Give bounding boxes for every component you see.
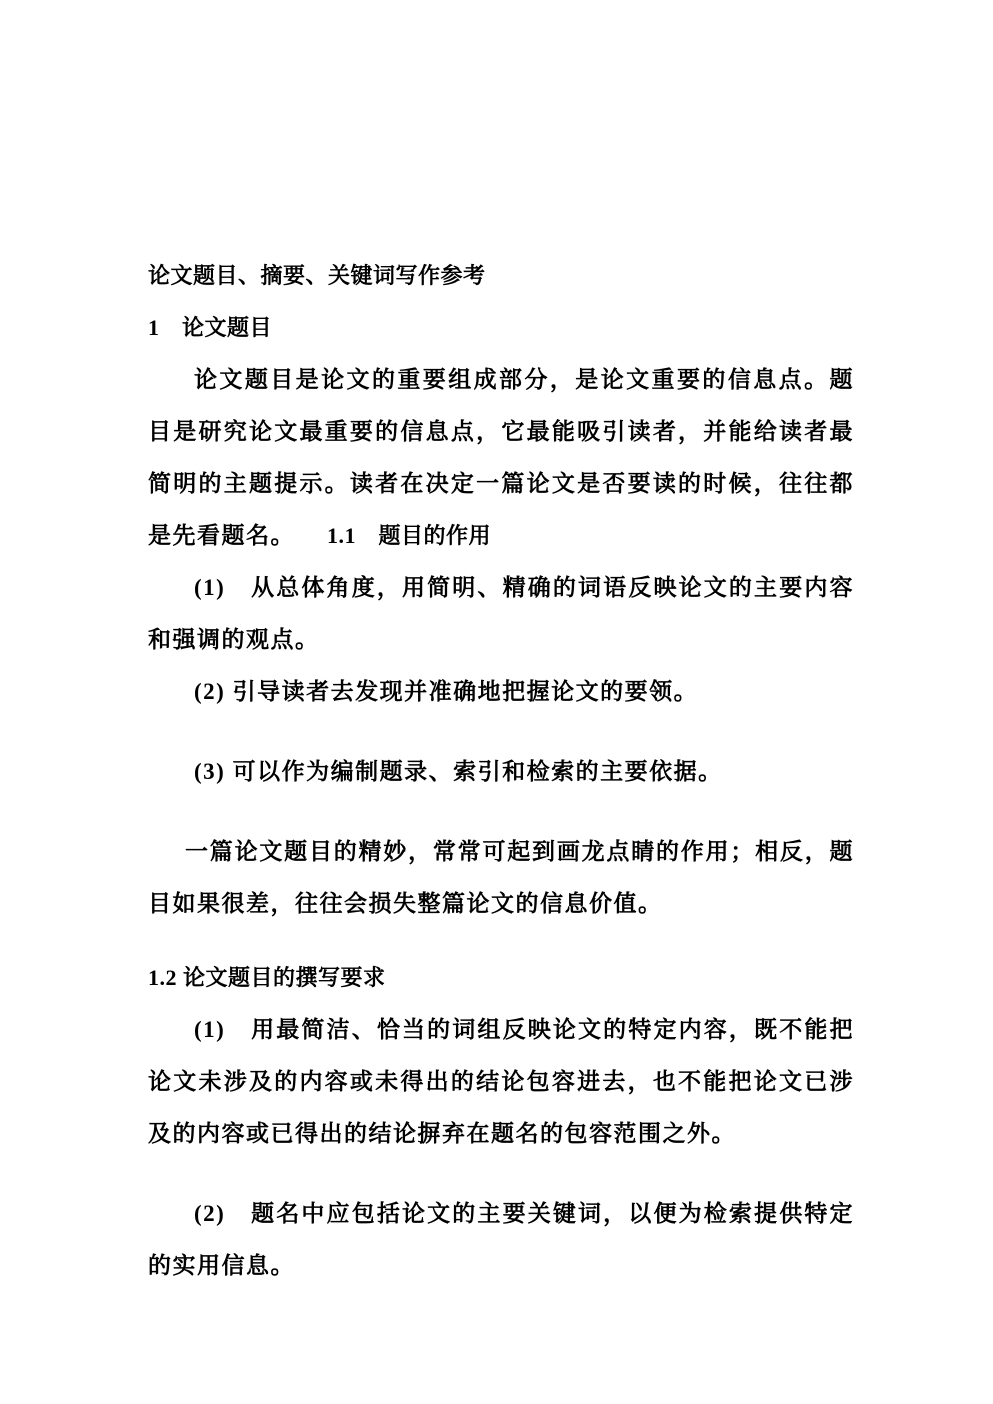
list-item-role-3: (3) 可以作为编制题录、索引和检索的主要依据。 — [148, 746, 854, 798]
summary-paragraph: 一篇论文题目的精妙，常常可起到画龙点睛的作用；相反，题目如果很差，往往会损失整篇… — [148, 826, 854, 930]
document-page: 论文题目、摘要、关键词写作参考 1 论文题目 论文题目是论文的重要组成部分，是论… — [0, 0, 993, 1404]
intro-paragraph-text: 论文题目是论文的重要组成部分，是论文重要的信息点。题目是研究论文最重要的信息点，… — [148, 367, 854, 548]
document-title: 论文题目、摘要、关键词写作参考 — [148, 250, 854, 302]
section-1-heading: 1 论文题目 — [148, 302, 854, 354]
section-1-2-heading: 1.2 论文题目的撰写要求 — [148, 952, 854, 1004]
list-item-role-1: (1) 从总体角度，用简明、精确的词语反映论文的主要内容和强调的观点。 — [148, 562, 854, 666]
list-item-role-2: (2) 引导读者去发现并准确地把握论文的要领。 — [148, 666, 854, 718]
list-item-requirement-1: (1) 用最简洁、恰当的词组反映论文的特定内容，既不能把论文未涉及的内容或未得出… — [148, 1004, 854, 1160]
document-body: 论文题目、摘要、关键词写作参考 1 论文题目 论文题目是论文的重要组成部分，是论… — [148, 250, 854, 1292]
intro-paragraph: 论文题目是论文的重要组成部分，是论文重要的信息点。题目是研究论文最重要的信息点，… — [148, 354, 854, 562]
section-1-1-heading: 1.1 题目的作用 — [327, 523, 491, 548]
list-item-requirement-2: (2) 题名中应包括论文的主要关键词，以便为检索提供特定的实用信息。 — [148, 1188, 854, 1292]
